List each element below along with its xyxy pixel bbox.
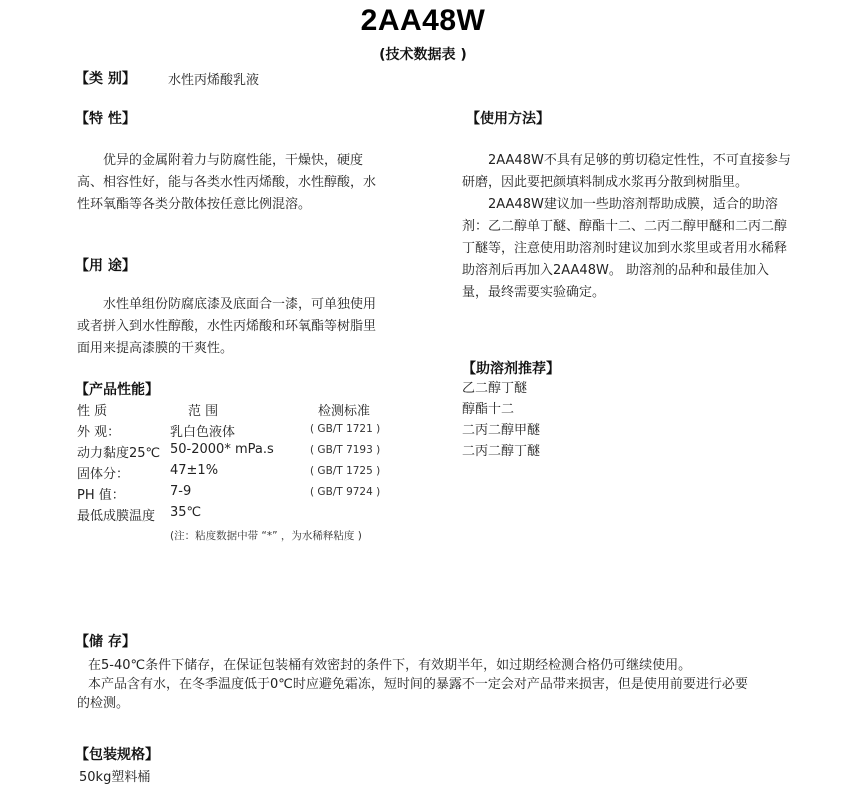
cell-standard: ( GB/T 1725 ) — [310, 465, 380, 477]
cell-standard: ( GB/T 9724 ) — [310, 486, 380, 498]
cell-range: 乳白色液体 — [170, 421, 235, 440]
column-header-standard: 检测标准 — [318, 400, 370, 419]
features-text: 优异的金属附着力与防腐性能，干燥快，硬度高、相容性好，能与各类水性丙烯酸，水性醇… — [77, 150, 387, 216]
column-header-range: 范 围 — [188, 400, 218, 419]
category-value: 水性丙烯酸乳液 — [168, 69, 259, 88]
table-header: 性 质 范 围 检测标准 — [75, 400, 395, 421]
cell-range: 50-2000* mPa.s — [170, 442, 274, 457]
cell-range: 35℃ — [170, 505, 201, 520]
cosolvents-heading: 【助溶剂推荐】 — [462, 358, 560, 378]
list-item: 醇酯十二 — [462, 399, 540, 420]
cell-property: 固体分： — [77, 463, 129, 482]
list-item: 二丙二醇甲醚 — [462, 420, 540, 441]
cell-standard: ( GB/T 7193 ) — [310, 444, 380, 456]
cell-property: 外 观： — [77, 421, 120, 440]
table-row: PH 值： 7-9 ( GB/T 9724 ) — [75, 484, 395, 505]
usage-paragraph-2: 2AA48W建议加一些助溶剂帮助成膜，适合的助溶剂：乙二醇单丁醚、醇酯十二、二丙… — [462, 194, 792, 304]
storage-line-3: 的检测。 — [77, 692, 129, 711]
cell-property: 最低成膜温度 — [77, 505, 155, 524]
table-row: 外 观： 乳白色液体 ( GB/T 1721 ) — [75, 421, 395, 442]
applications-heading: 【用 途】 — [75, 255, 136, 275]
cell-property: 动力黏度25℃ — [77, 442, 160, 461]
usage-heading: 【使用方法】 — [466, 108, 550, 128]
table-row: 最低成膜温度 35℃ — [75, 505, 395, 526]
usage-paragraph-1: 2AA48W不具有足够的剪切稳定性性，不可直接参与研磨，因此要把颜填料制成水浆再… — [462, 150, 792, 194]
cell-range: 47±1% — [170, 463, 218, 478]
table-row: 动力黏度25℃ 50-2000* mPa.s ( GB/T 7193 ) — [75, 442, 395, 463]
cell-range: 7-9 — [170, 484, 191, 499]
packaging-heading: 【包装规格】 — [75, 744, 159, 764]
document-title: 2AA48W — [0, 4, 846, 38]
storage-line-2: 本产品含有水，在冬季温度低于0℃时应避免霜冻，短时间的暴露不一定会对产品带来损害… — [88, 673, 748, 692]
category-heading: 【类 别】 — [75, 68, 136, 88]
applications-text: 水性单组份防腐底漆及底面合一漆，可单独使用或者拼入到水性醇酸，水性丙烯酸和环氧酯… — [77, 294, 387, 360]
storage-line-1: 在5-40℃条件下储存，在保证包装桶有效密封的条件下，有效期半年，如过期经检测合… — [88, 654, 691, 673]
storage-heading: 【储 存】 — [75, 631, 136, 651]
document-subtitle: (技术数据表 ) — [0, 44, 846, 64]
packaging-value: 50kg塑料桶 — [79, 766, 150, 785]
table-note-row: (注：粘度数据中带 “*” ，为水稀释粘度 ) — [75, 526, 395, 544]
column-header-property: 性 质 — [77, 400, 107, 419]
features-heading: 【特 性】 — [75, 108, 136, 128]
cell-standard: ( GB/T 1721 ) — [310, 423, 380, 435]
performance-table: 性 质 范 围 检测标准 外 观： 乳白色液体 ( GB/T 1721 ) 动力… — [75, 400, 395, 544]
table-row: 固体分： 47±1% ( GB/T 1725 ) — [75, 463, 395, 484]
list-item: 二丙二醇丁醚 — [462, 441, 540, 462]
list-item: 乙二醇丁醚 — [462, 378, 540, 399]
cell-property: PH 值： — [77, 484, 125, 503]
performance-heading: 【产品性能】 — [75, 379, 159, 399]
cosolvents-list: 乙二醇丁醚 醇酯十二 二丙二醇甲醚 二丙二醇丁醚 — [462, 378, 540, 462]
viscosity-note: (注：粘度数据中带 “*” ，为水稀释粘度 ) — [170, 528, 362, 543]
